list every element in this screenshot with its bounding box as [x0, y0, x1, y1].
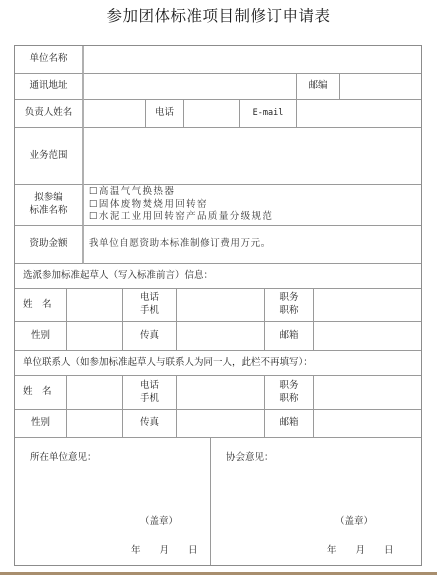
drafter-section-heading: 选派参加标准起草人（写入标准前言）信息：: [15, 264, 421, 289]
phone-label-line: 电话: [140, 292, 159, 305]
position-label-line: 职务: [279, 292, 298, 305]
position-label-line: 职务: [279, 380, 298, 393]
contact-gender-field[interactable]: [67, 410, 123, 438]
standard-option-label: 水泥工业用回转窑产品质量分级规范: [99, 211, 273, 222]
unit-name-label: 单位名称: [15, 46, 84, 74]
association-opinion-label: 协会意见：: [226, 452, 274, 465]
phone-field[interactable]: [184, 100, 240, 128]
business-scope-label: 业务范围: [15, 128, 84, 185]
association-seal-label: （盖章）: [335, 516, 373, 529]
contact-name-field[interactable]: [67, 376, 123, 410]
funding-label: 资助金额: [15, 226, 84, 264]
drafter-fax-field[interactable]: [177, 322, 265, 351]
person-in-charge-label: 负责人姓名: [15, 100, 84, 128]
email-label: E-mail: [240, 100, 297, 128]
drafter-phone-label: 电话 手机: [123, 289, 177, 322]
year-label: 年: [131, 545, 141, 558]
contact-title-label: 职务 职称: [265, 376, 314, 410]
standard-option-label: 固体废物焚烧用回转窑: [99, 199, 208, 210]
mobile-label-line: 手机: [140, 305, 159, 318]
title-label-line: 职称: [279, 305, 298, 318]
email-field[interactable]: [297, 100, 421, 128]
contact-title-field[interactable]: [314, 376, 421, 410]
drafter-phone-field[interactable]: [177, 289, 265, 322]
funding-statement: 我单位自愿资助本标准制修订费用万元。: [84, 226, 421, 264]
standard-option[interactable]: ☐高温气气换热器: [89, 186, 175, 199]
checkbox-icon[interactable]: ☐: [89, 199, 99, 210]
drafter-fax-label: 传真: [123, 322, 177, 351]
phone-label: 电话: [146, 100, 184, 128]
year-label: 年: [327, 545, 337, 558]
contact-email-field[interactable]: [314, 410, 421, 438]
unit-seal-label: （盖章）: [140, 516, 178, 529]
form-title: 参加团体标准项目制修订申请表: [0, 4, 437, 26]
month-label: 月: [160, 545, 170, 558]
postcode-label: 邮编: [297, 74, 340, 100]
day-label: 日: [384, 545, 394, 558]
standard-names-label: 拟参编 标准名称: [15, 185, 84, 226]
standard-option[interactable]: ☐固体废物焚烧用回转窑: [89, 199, 208, 212]
standard-option[interactable]: ☐水泥工业用回转窑产品质量分级规范: [89, 211, 273, 224]
address-field[interactable]: [84, 74, 297, 100]
unit-opinion-box[interactable]: 所在单位意见： （盖章） 年 月 日: [15, 438, 211, 565]
standard-names-label-line2: 标准名称: [29, 205, 67, 218]
phone-label-line: 电话: [140, 380, 159, 393]
drafter-email-field[interactable]: [314, 322, 421, 351]
drafter-email-label: 邮箱: [265, 322, 314, 351]
checkbox-icon[interactable]: ☐: [89, 186, 99, 197]
association-date: 年 月 日: [327, 545, 394, 558]
contact-phone-label: 电话 手机: [123, 376, 177, 410]
standard-names-label-line1: 拟参编: [34, 192, 63, 205]
contact-phone-field[interactable]: [177, 376, 265, 410]
mobile-label-line: 手机: [140, 393, 159, 406]
application-form-table: 单位名称 通讯地址 邮编 负责人姓名 电话 E-mail 业务范围 拟参编 标准…: [14, 45, 422, 566]
unit-name-field[interactable]: [84, 46, 421, 74]
unit-opinion-label: 所在单位意见：: [30, 452, 97, 465]
unit-date: 年 月 日: [131, 545, 198, 558]
person-in-charge-field[interactable]: [84, 100, 146, 128]
contact-email-label: 邮箱: [265, 410, 314, 438]
contact-name-label: 姓 名: [15, 376, 67, 410]
postcode-field[interactable]: [340, 74, 421, 100]
month-label: 月: [356, 545, 366, 558]
drafter-gender-label: 性别: [15, 322, 67, 351]
drafter-name-field[interactable]: [67, 289, 123, 322]
drafter-title-field[interactable]: [314, 289, 421, 322]
drafter-title-label: 职务 职称: [265, 289, 314, 322]
contact-section-heading: 单位联系人（如参加标准起草人与联系人为同一人，此栏不再填写）：: [15, 351, 421, 376]
contact-fax-field[interactable]: [177, 410, 265, 438]
checkbox-icon[interactable]: ☐: [89, 211, 99, 222]
business-scope-field[interactable]: [84, 128, 421, 185]
day-label: 日: [188, 545, 198, 558]
contact-fax-label: 传真: [123, 410, 177, 438]
standard-option-label: 高温气气换热器: [99, 186, 175, 197]
drafter-name-label: 姓 名: [15, 289, 67, 322]
title-label-line: 职称: [279, 393, 298, 406]
address-label: 通讯地址: [15, 74, 84, 100]
contact-gender-label: 性别: [15, 410, 67, 438]
drafter-gender-field[interactable]: [67, 322, 123, 351]
standard-options: ☐高温气气换热器 ☐固体废物焚烧用回转窑 ☐水泥工业用回转窑产品质量分级规范: [84, 185, 421, 226]
association-opinion-box[interactable]: 协会意见： （盖章） 年 月 日: [211, 438, 421, 565]
